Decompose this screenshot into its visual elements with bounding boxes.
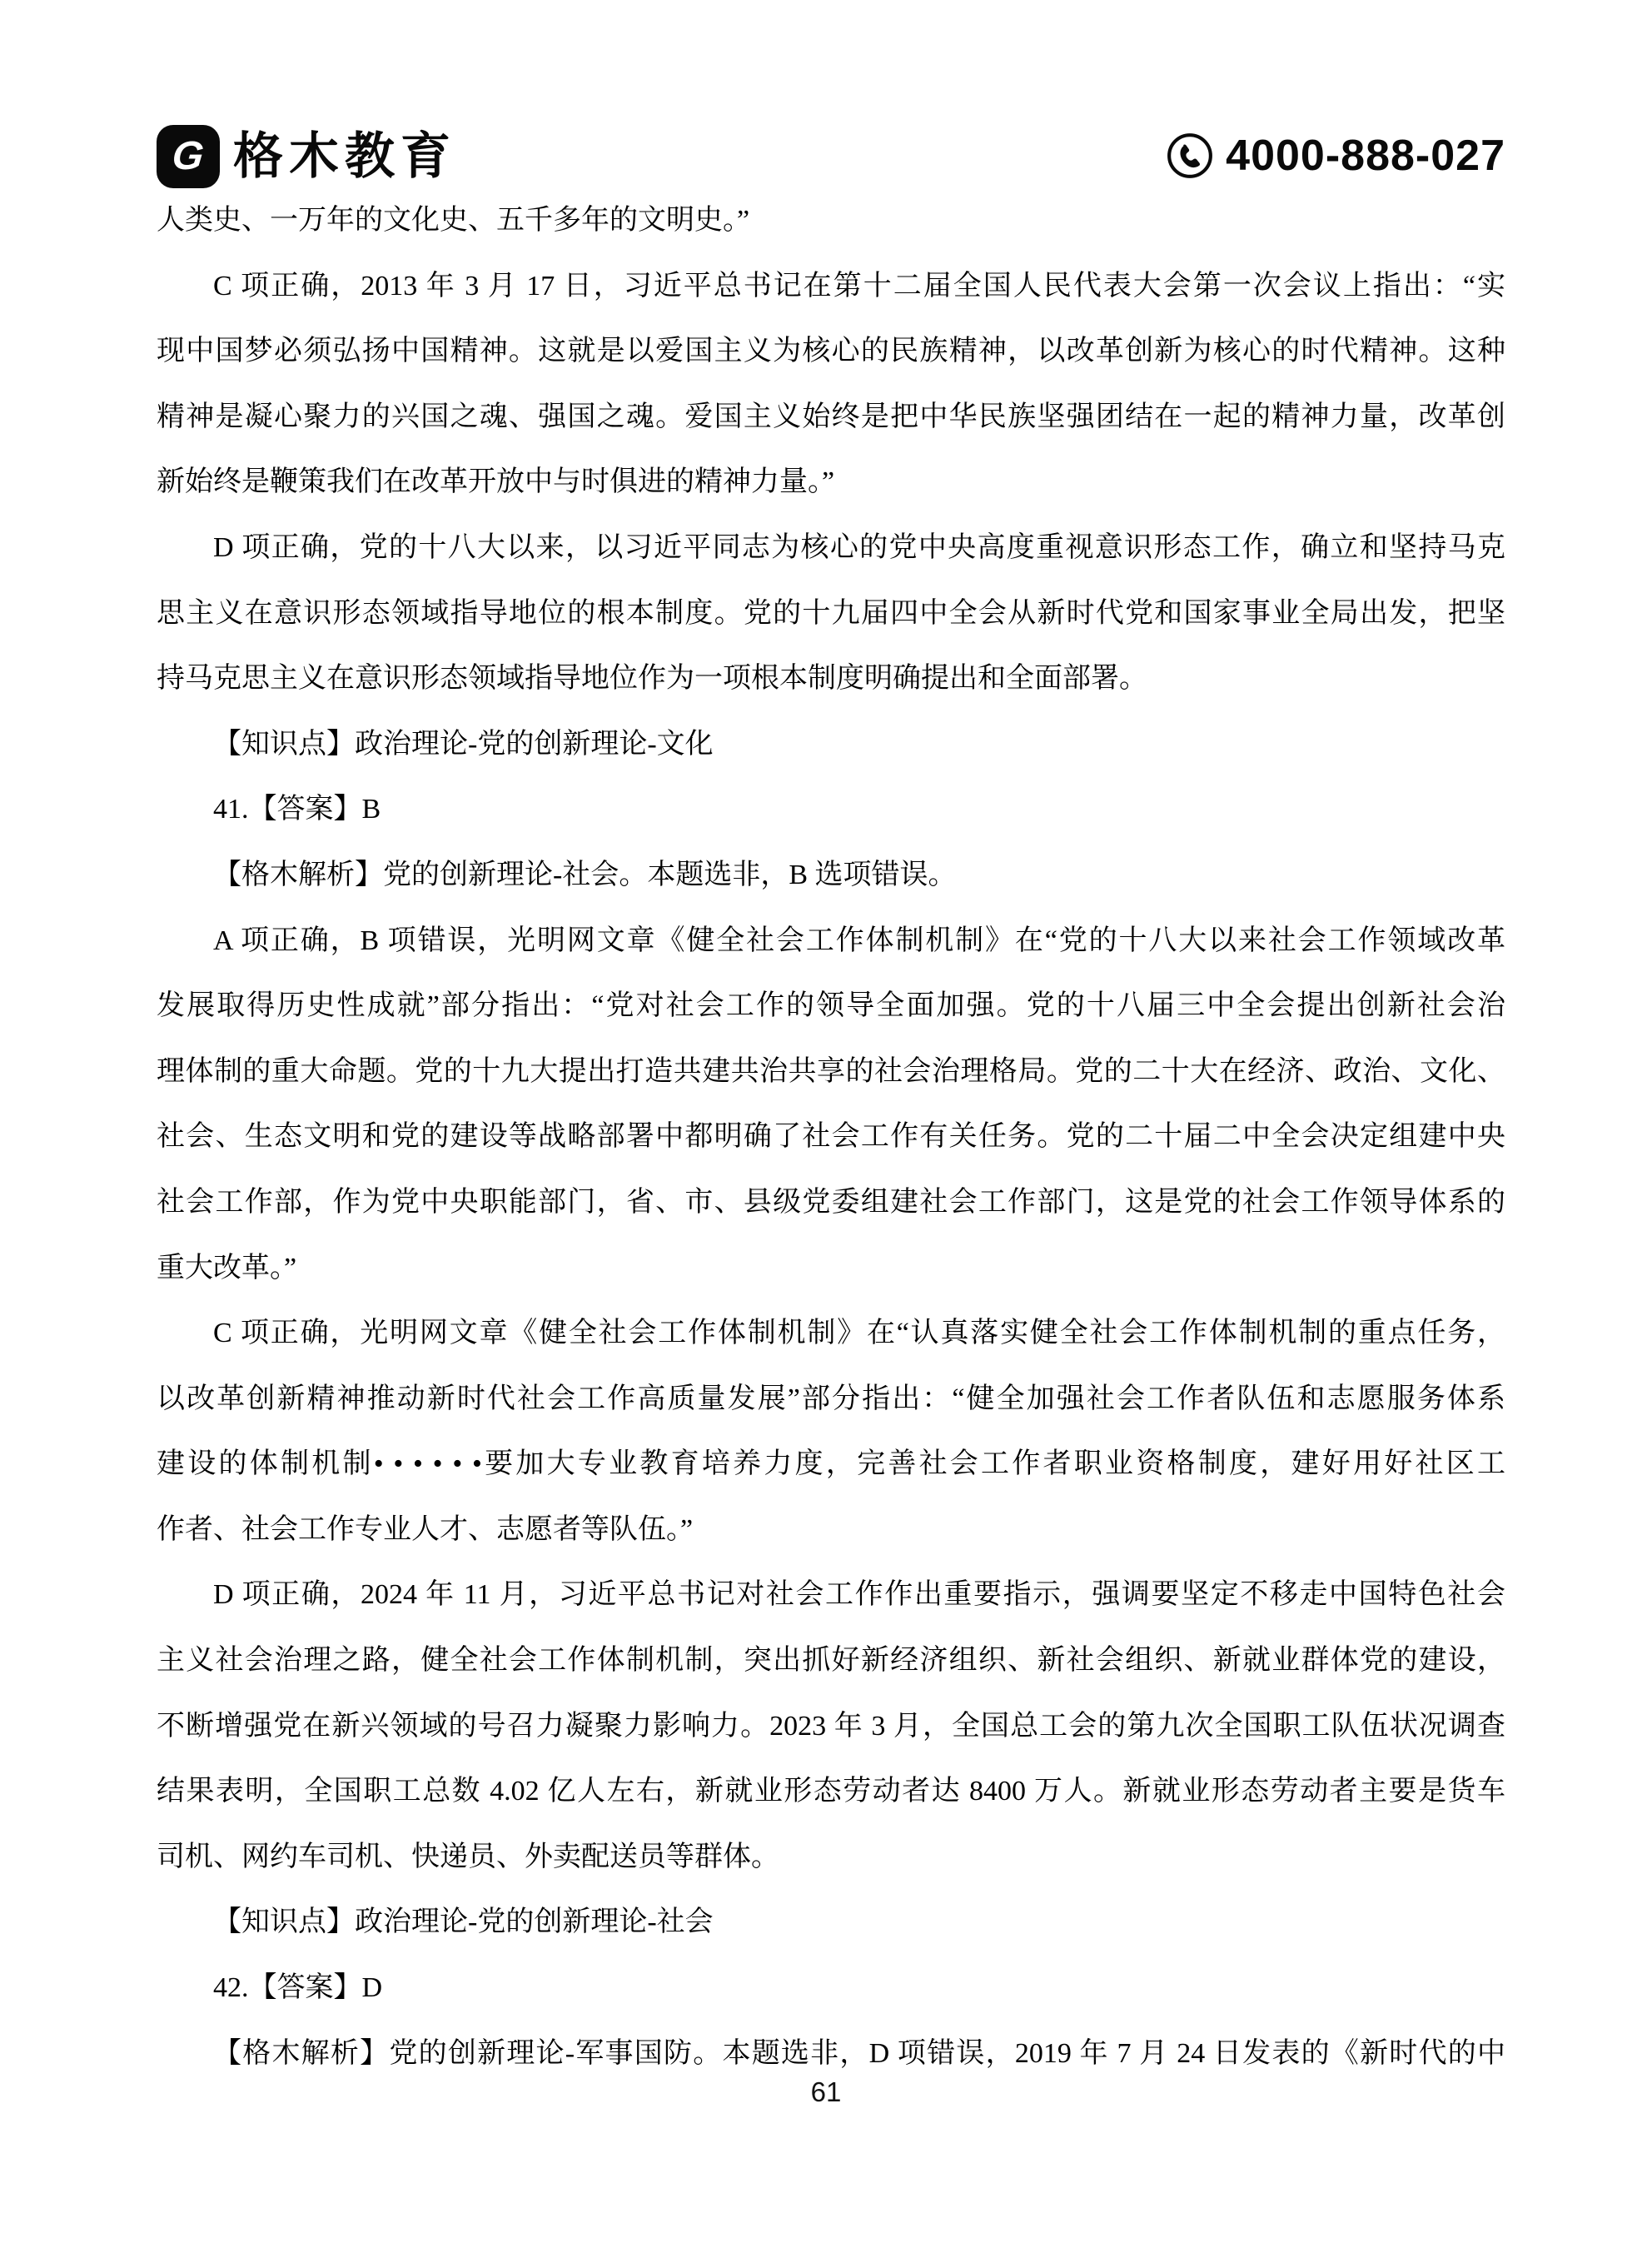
text-line: D 项正确，党的十八大以来，以习近平同志为核心的党中央高度重视意识形态工作，确立… xyxy=(157,516,1505,581)
text-line: 发展取得历史性成就”部分指出：“党对社会工作的领导全面加强。党的十八届三中全会提… xyxy=(157,974,1505,1039)
text-line: 现中国梦必须弘扬中国精神。这就是以爱国主义为核心的民族精神，以改革创新为核心的时… xyxy=(157,319,1505,385)
text-line: 持马克思主义在意识形态领域指导地位作为一项根本制度明确提出和全面部署。 xyxy=(157,646,1505,712)
brand-name: 格木教育 xyxy=(233,132,456,182)
text-line: 以改革创新精神推动新时代社会工作高质量发展”部分指出：“健全加强社会工作者队伍和… xyxy=(157,1367,1505,1433)
analysis-line: 【格木解析】党的创新理论-社会。本题选非，B 选项错误。 xyxy=(157,843,1505,909)
brand-logo-glyph: G xyxy=(171,137,206,177)
text-line: 结果表明，全国职工总数 4.02 亿人左右，新就业形态劳动者达 8400 万人。… xyxy=(157,1759,1505,1825)
answer-line: 41.【答案】B xyxy=(157,777,1505,843)
text-line: 新始终是鞭策我们在改革开放中与时俱进的精神力量。” xyxy=(157,450,1505,516)
text-line: 思主义在意识形态领域指导地位的根本制度。党的十九届四中全会从新时代党和国家事业全… xyxy=(157,581,1505,647)
text-line: 不断增强党在新兴领域的号召力凝聚力影响力。2023 年 3 月，全国总工会的第九… xyxy=(157,1694,1505,1760)
phone-icon xyxy=(1166,132,1214,180)
text-line: C 项正确，2013 年 3 月 17 日，习近平总书记在第十二届全国人民代表大… xyxy=(157,254,1505,320)
text-line: 精神是凝心聚力的兴国之魂、强国之魂。爱国主义始终是把中华民族坚强团结在一起的精神… xyxy=(157,385,1505,451)
text-line: 重大改革。” xyxy=(157,1236,1505,1302)
text-line: 建设的体制机制• • • • • •要加大专业教育培养力度，完善社会工作者职业资… xyxy=(157,1432,1505,1498)
text-line: 作者、社会工作专业人才、志愿者等队伍。” xyxy=(157,1498,1505,1563)
text-line: 社会工作部，作为党中央职能部门，省、市、县级党委组建社会工作部门，这是党的社会工… xyxy=(157,1170,1505,1236)
text-line: D 项正确，2024 年 11 月，习近平总书记对社会工作作出重要指示，强调要坚… xyxy=(157,1563,1505,1628)
text-line: 主义社会治理之路，健全社会工作体制机制，突出抓好新经济组织、新社会组织、新就业群… xyxy=(157,1628,1505,1694)
knowledge-point-line: 【知识点】政治理论-党的创新理论-文化 xyxy=(157,712,1505,778)
page-number: 61 xyxy=(0,2076,1652,2109)
text-line: A 项正确，B 项错误，光明网文章《健全社会工作体制机制》在“党的十八大以来社会… xyxy=(157,909,1505,974)
document-body: 人类史、一万年的文化史、五千多年的文明史。” C 项正确，2013 年 3 月 … xyxy=(157,188,1505,2086)
contact-phone: 4000-888-027 xyxy=(1166,132,1505,180)
text-line: C 项正确，光明网文章《健全社会工作体制机制》在“认真落实健全社会工作体制机制的… xyxy=(157,1301,1505,1367)
text-line: 人类史、一万年的文化史、五千多年的文明史。” xyxy=(157,188,1505,254)
text-line: 社会、生态文明和党的建设等战略部署中都明确了社会工作有关任务。党的二十届二中全会… xyxy=(157,1104,1505,1170)
phone-number: 4000-888-027 xyxy=(1226,134,1505,177)
brand-logo-icon: G xyxy=(157,125,220,188)
document-page: G 格木教育 4000-888-027 人类史、一万年的文化史、五千多年的文明史… xyxy=(0,0,1652,2243)
brand: G 格木教育 xyxy=(157,125,456,188)
text-line: 司机、网约车司机、快递员、外卖配送员等群体。 xyxy=(157,1825,1505,1891)
text-line: 理体制的重大命题。党的十九大提出打造共建共治共享的社会治理格局。党的二十大在经济… xyxy=(157,1039,1505,1105)
answer-line: 42.【答案】D xyxy=(157,1956,1505,2021)
knowledge-point-line: 【知识点】政治理论-党的创新理论-社会 xyxy=(157,1890,1505,1956)
